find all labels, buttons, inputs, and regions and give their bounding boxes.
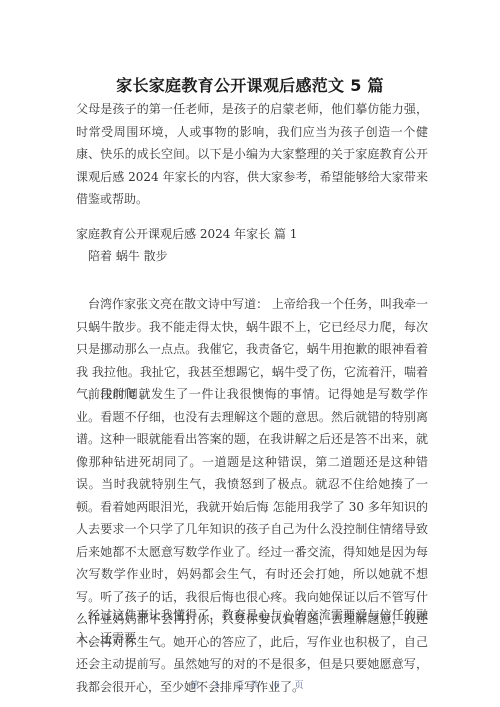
intro-paragraph: 父母是孩子的第一任老师，是孩子的启蒙老师，他们摹仿能力强，时常受周围环境，人或事… — [76, 98, 428, 211]
body-paragraph: 经过这件事让我懂得了，教育是心与心的交流需要爱与信任的融入，还需要 — [76, 604, 428, 649]
body-paragraph: 前段时间就发生了一件让我很懊悔的事情。记得她是写数学作业。看题不仔细，也没有去理… — [76, 383, 428, 698]
page-number-footer: 第 1 页共 6 页 — [0, 678, 500, 691]
document-page: 家长家庭教育公开课观后感范文 5 篇 父母是孩子的第一任老师，是孩子的启蒙老师，… — [0, 0, 500, 707]
section-subtitle: 陪着 蜗牛 散步 — [76, 245, 440, 268]
section-heading: 家庭教育公开课观后感 2024 年家长 篇 1 — [76, 223, 428, 246]
document-title: 家长家庭教育公开课观后感范文 5 篇 — [0, 73, 500, 96]
